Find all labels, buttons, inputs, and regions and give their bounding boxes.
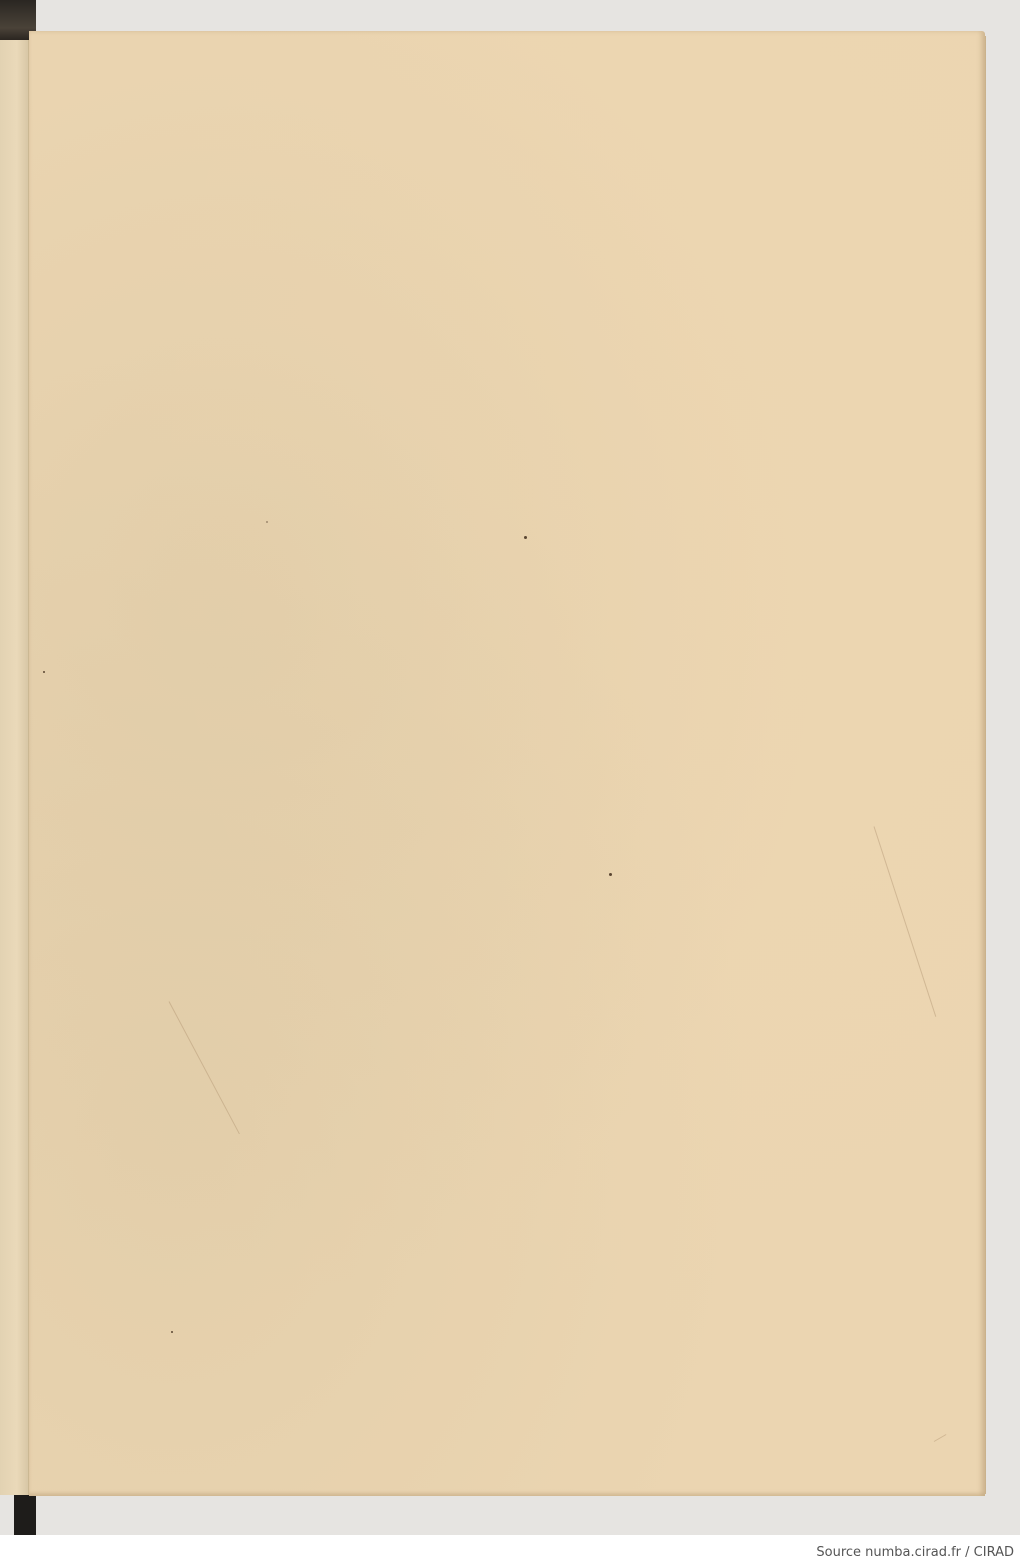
paper-crease [874,826,937,1017]
scan-viewport [0,0,1020,1535]
blank-page [29,31,985,1496]
spine-edge [0,40,30,1495]
paper-speck [43,671,45,673]
paper-speck [171,1331,173,1333]
paper-speck [609,873,612,876]
paper-crease [169,1001,240,1134]
paper-speck [266,521,268,523]
paper-crease [934,1434,947,1442]
source-credit: Source numba.cirad.fr / CIRAD [816,1545,1014,1560]
paper-speck [524,536,527,539]
